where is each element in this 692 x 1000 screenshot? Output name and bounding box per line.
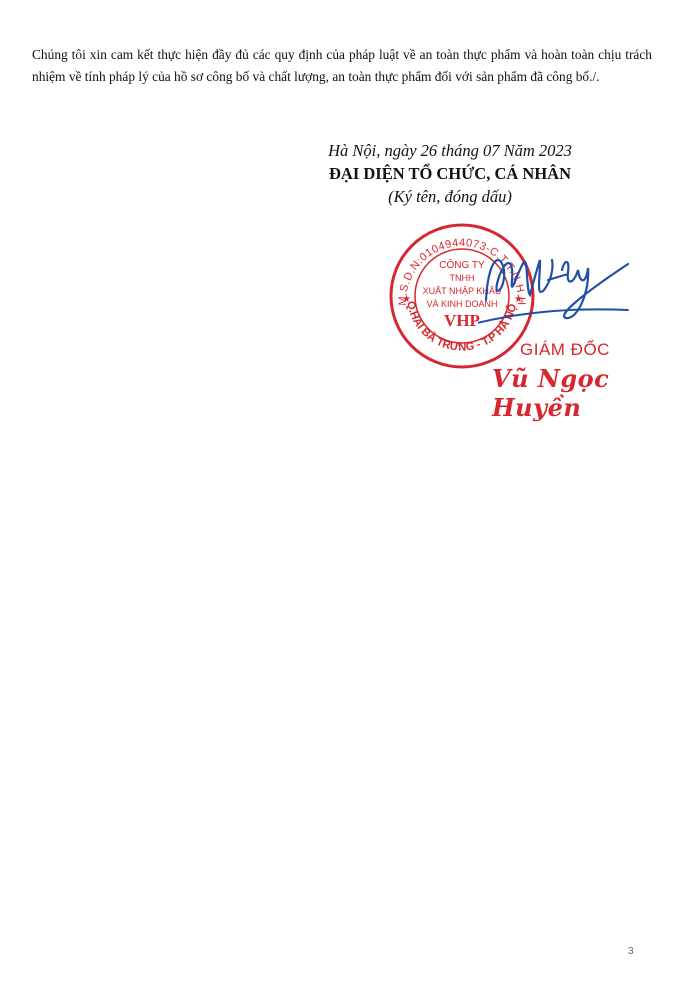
page-number: 3 [628,946,634,957]
place-date: Hà Nội, ngày 26 tháng 07 Năm 2023 [300,140,600,162]
handwritten-signature [478,240,638,350]
sign-instruction: (Ký tên, đóng dấu) [300,186,600,208]
star-icon: ★ [402,294,411,305]
commitment-paragraph: Chúng tôi xin cam kết thực hiện đầy đủ c… [32,44,652,88]
stamp-brand: VHP [444,311,480,330]
signer-name: Vũ Ngọc Huyền [492,364,692,422]
signer-position: GIÁM ĐỐC [520,340,610,360]
stamp-line2: TNHH [450,273,475,283]
representative-title: ĐẠI DIỆN TỔ CHỨC, CÁ NHÂN [300,163,600,185]
